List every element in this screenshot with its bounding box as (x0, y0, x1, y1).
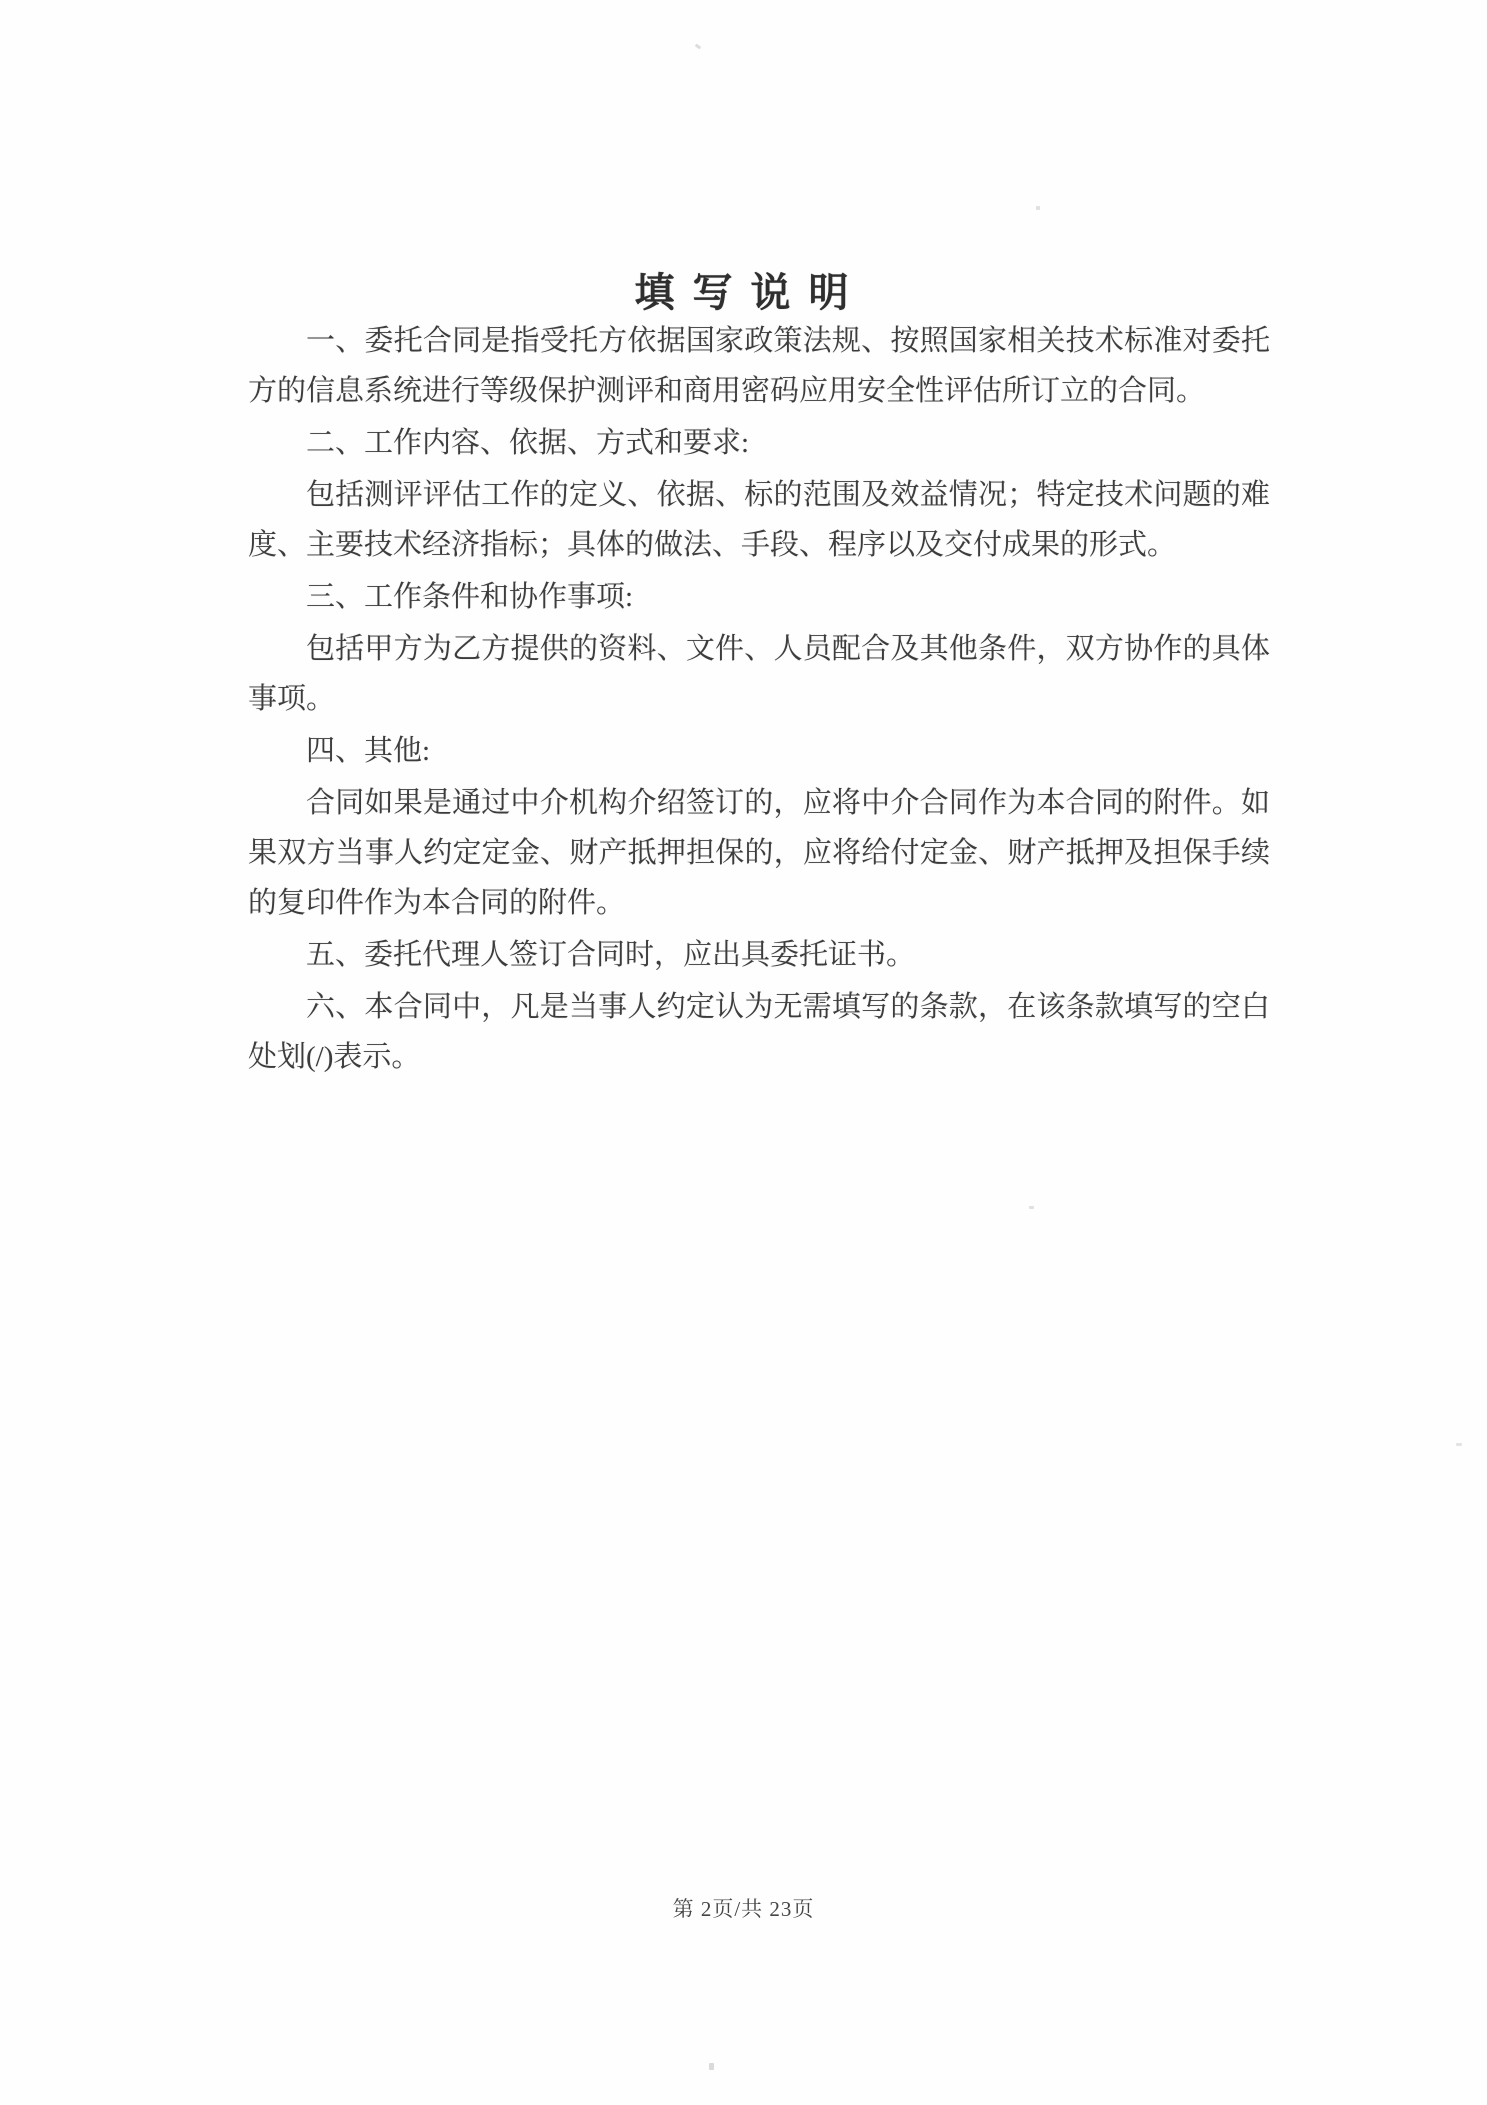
scan-speck (709, 2063, 714, 2070)
clause-3-heading: 三、工作条件和协作事项: (248, 572, 1270, 622)
scan-speck (695, 44, 702, 50)
page-number-indicator: 第 2页/共 23页 (0, 1893, 1487, 1923)
clause-2-paragraph: 包括测评评估工作的定义、依据、标的范围及效益情况；特定技术问题的难度、主要技术经… (248, 470, 1270, 570)
scan-speck (1456, 1443, 1462, 1446)
instructions-body: 一、委托合同是指受托方依据国家政策法规、按照国家相关技术标准对委托方的信息系统进… (248, 316, 1270, 1084)
clause-6-paragraph: 六、本合同中，凡是当事人约定认为无需填写的条款，在该条款填写的空白处划(/)表示… (248, 982, 1270, 1082)
scan-speck (1036, 206, 1040, 210)
clause-4-paragraph: 合同如果是通过中介机构介绍签订的，应将中介合同作为本合同的附件。如果双方当事人约… (248, 778, 1270, 928)
clause-1-paragraph: 一、委托合同是指受托方依据国家政策法规、按照国家相关技术标准对委托方的信息系统进… (248, 316, 1270, 416)
clause-2-heading: 二、工作内容、依据、方式和要求: (248, 418, 1270, 468)
scan-speck (683, 791, 687, 794)
clause-3-paragraph: 包括甲方为乙方提供的资料、文件、人员配合及其他条件，双方协作的具体事项。 (248, 624, 1270, 724)
clause-4-heading: 四、其他: (248, 726, 1270, 776)
page-title: 填 写 说 明 (0, 261, 1487, 318)
scanned-contract-page: 填 写 说 明 一、委托合同是指受托方依据国家政策法规、按照国家相关技术标准对委… (0, 0, 1487, 2105)
clause-5-paragraph: 五、委托代理人签订合同时，应出具委托证书。 (248, 930, 1270, 980)
scan-speck (1029, 1206, 1034, 1209)
